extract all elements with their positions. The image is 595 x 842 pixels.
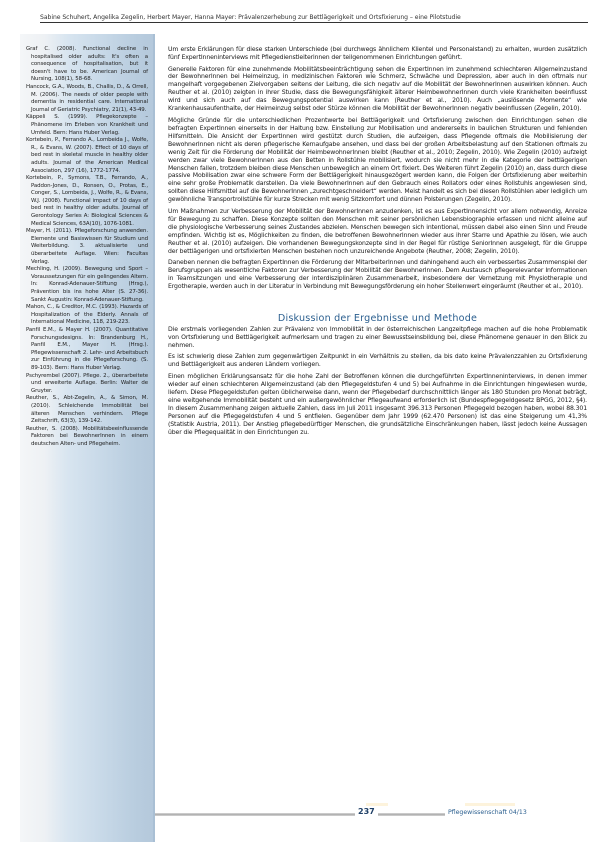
reference-item: Mahon, C., & Creditor, M.C. (1993). Haza… (26, 304, 148, 327)
reference-item: Käppeli S. (1999). Pflegekonzepte – Phän… (26, 114, 148, 137)
reference-item: Graf C. (2008). Functional decline in ho… (26, 46, 148, 84)
journal-tab (465, 803, 515, 806)
reference-item: Mechling, H. (2009). Bewegung und Sport … (26, 266, 148, 304)
body-paragraph: Es ist schwierig diese Zahlen zum gegenw… (168, 353, 587, 369)
journal-name: Pflegewissenschaft 04/13 (448, 809, 527, 816)
reference-item: Kortebein, P., Symons, T.B., Ferrando, A… (26, 175, 148, 228)
body-paragraph: Mögliche Gründe für die unterschiedliche… (168, 117, 587, 204)
reference-item: Kortebein, P., Ferrando A., Lombeida J.,… (26, 137, 148, 175)
body-paragraph: Die erstmals vorliegenden Zahlen zur Prä… (168, 326, 587, 350)
sidebar-edge (153, 34, 155, 842)
running-title: Sabine Schuh­ert, Angelika Zegelin, Herb… (40, 14, 588, 23)
reference-item: Reuther, S. (2008). Mobilitätsbeeinfluss… (26, 426, 148, 449)
main-body: Um erste Erklärungen für diese starken U… (168, 46, 587, 440)
page-number: 237 (355, 807, 378, 816)
reference-item: Hancock, G.A., Woods, B., Challis, D., &… (26, 84, 148, 114)
body-paragraph: Daneben nennen die befragten ExpertInnen… (168, 259, 587, 291)
section-heading: Diskussion der Ergebnisse und Methode (168, 313, 587, 325)
reference-item: Panfil E.M., & Mayer H. (2007). Quantita… (26, 327, 148, 373)
body-paragraph: Um Maßnahmen zur Verbesserung der Mobili… (168, 208, 587, 256)
page-footer: 237 Pflegewissenschaft 04/13 (155, 800, 595, 830)
body-paragraph: Einen möglichen Erklärungsansatz für die… (168, 373, 587, 437)
footer-rule (155, 813, 445, 816)
reference-item: Pschyrembel (2007). Pflege. 2., überarbe… (26, 373, 148, 396)
running-header: Sabine Schuh­ert, Angelika Zegelin, Herb… (0, 0, 595, 34)
reference-item: Reuther, S., Abt-Zegelin, A., & Simon, M… (26, 395, 148, 425)
reference-item: Mayer, H. (2011). Pflegeforschung anwend… (26, 228, 148, 266)
page-number-tab (366, 803, 388, 806)
reference-list: Graf C. (2008). Functional decline in ho… (26, 46, 148, 448)
body-paragraph: Generelle Faktoren für eine zunehmende M… (168, 66, 587, 114)
body-paragraph: Um erste Erklärungen für diese starken U… (168, 46, 587, 62)
